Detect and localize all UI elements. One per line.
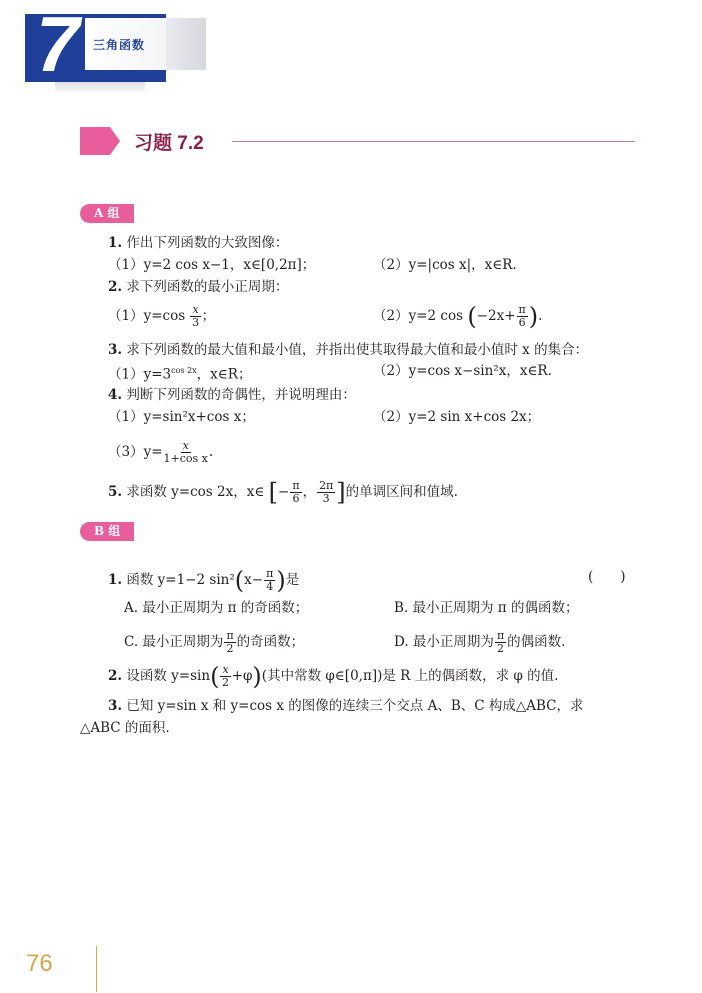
problem-number: 4. xyxy=(108,387,122,403)
item-text: x− xyxy=(244,572,263,588)
answer-blank: ( ) xyxy=(588,568,626,586)
choice-text: 的偶函数. xyxy=(507,634,565,650)
item-text: （3）y= xyxy=(108,444,163,460)
denominator: 4 xyxy=(266,581,273,593)
item-text: . xyxy=(209,444,213,460)
item-text: （1）y=cos xyxy=(108,308,185,324)
problem-text: 已知 y=sin x 和 y=cos x 的图像的连续三个交点 A、B、C 构成… xyxy=(126,698,583,714)
item-text: −2x+ xyxy=(477,308,516,324)
item-text: （2）y=2 cos xyxy=(373,308,463,324)
item-text: − xyxy=(278,484,289,500)
a3-item2: （2）y=cos x−sin²x，x∈R. xyxy=(373,362,552,380)
item-text: +φ xyxy=(232,668,253,684)
a2-item2: （2）y=2 cos (−2x+π6). xyxy=(373,304,542,329)
fraction: x2 xyxy=(220,664,230,689)
denominator: 6 xyxy=(292,493,299,505)
problem-text: 求函数 y=cos 2x，x∈ xyxy=(126,484,264,500)
item-text: . xyxy=(538,308,542,324)
a3-item1: （1）y=3cos 2x，x∈R； xyxy=(108,362,251,384)
chapter-number: 7 xyxy=(36,4,79,84)
fraction: x1+cos x xyxy=(164,440,208,465)
choice-b: B. 最小正周期为 π 的偶函数； xyxy=(394,599,578,617)
denominator: 2 xyxy=(497,643,504,655)
fraction: π6 xyxy=(517,304,528,329)
problem-text: 的单调区间和值域. xyxy=(346,484,458,500)
fraction: π6 xyxy=(290,480,301,505)
problem-text: 是 xyxy=(286,572,300,588)
a1-stem: 1. 作出下列函数的大致图像： xyxy=(108,234,288,252)
a4-item3: （3）y=x1+cos x. xyxy=(108,440,213,465)
choice-c: C. 最小正周期为π2的奇函数； xyxy=(124,630,304,655)
a1-item1: （1）y=2 cos x−1，x∈[0,2π]； xyxy=(108,256,315,274)
a4-item2: （2）y=2 sin x+cos 2x； xyxy=(373,408,540,426)
chapter-title-panel-fade xyxy=(166,18,206,70)
paren: ( xyxy=(467,303,476,331)
problem-number: 1. xyxy=(108,235,122,251)
page-number-divider xyxy=(96,946,97,992)
fraction: 2π3 xyxy=(317,480,335,505)
item-text: （1）y=3 xyxy=(108,367,171,383)
b3-line1: 3. 已知 y=sin x 和 y=cos x 的图像的连续三个交点 A、B、C… xyxy=(108,697,584,715)
choice-text: 的奇函数； xyxy=(237,634,305,650)
denominator: 6 xyxy=(519,317,526,329)
paren: ) xyxy=(252,663,261,691)
b2-stem: 2. 设函数 y=sin(x2+φ)(其中常数 φ∈[0,π])是 R 上的偶函… xyxy=(108,664,558,689)
a4-item1: （1）y=sin²x+cos x； xyxy=(108,408,255,426)
a4-stem: 4. 判断下列函数的奇偶性，并说明理由： xyxy=(108,386,356,404)
fraction: π4 xyxy=(264,568,275,593)
paren: ) xyxy=(276,567,285,595)
denominator: 1+cos x xyxy=(164,453,208,465)
a1-item2: （2）y=|cos x|，x∈R. xyxy=(373,256,517,274)
bracket: [ xyxy=(269,479,278,507)
problem-number: 1. xyxy=(108,572,122,588)
problem-text: 判断下列函数的奇偶性，并说明理由： xyxy=(126,387,356,403)
paren: ) xyxy=(529,303,538,331)
section-arrow-icon xyxy=(80,127,120,155)
fraction: π2 xyxy=(224,630,235,655)
a2-stem: 2. 求下列函数的最小正周期： xyxy=(108,278,288,296)
a3-stem: 3. 求下列函数的最大值和最小值，并指出使其取得最大值和最小值时 x 的集合： xyxy=(108,341,588,359)
paren: ( xyxy=(210,663,219,691)
a2-item1: （1）y=cos x3； xyxy=(108,304,215,329)
problem-number: 5. xyxy=(108,484,122,500)
problem-text: (其中常数 φ∈[0,π])是 R 上的偶函数，求 φ 的值. xyxy=(262,668,559,684)
a5-stem: 5. 求函数 y=cos 2x，x∈ [−π6，2π3]的单调区间和值域. xyxy=(108,480,458,505)
choice-text: C. 最小正周期为 xyxy=(124,634,223,650)
denominator: 2 xyxy=(222,677,229,689)
choice-a: A. 最小正周期为 π 的奇函数； xyxy=(124,599,308,617)
bracket: ] xyxy=(336,479,345,507)
problem-number: 3. xyxy=(108,342,122,358)
fraction: π2 xyxy=(495,630,506,655)
item-text: ； xyxy=(202,308,216,324)
group-a-tag: A 组 xyxy=(80,204,134,223)
denominator: 3 xyxy=(192,317,199,329)
problem-number: 2. xyxy=(108,668,122,684)
denominator: 3 xyxy=(323,493,330,505)
section-divider xyxy=(232,141,635,142)
group-b-tag: B 组 xyxy=(80,522,134,541)
page-number: 76 xyxy=(26,950,53,978)
fraction: x3 xyxy=(190,304,200,329)
b3-line2: △ABC 的面积. xyxy=(80,719,170,737)
exponent: cos 2x xyxy=(171,366,197,375)
denominator: 2 xyxy=(227,643,234,655)
problem-number: 3. xyxy=(108,698,122,714)
problem-text: 求下列函数的最大值和最小值，并指出使其取得最大值和最小值时 x 的集合： xyxy=(126,342,588,358)
b1-stem: 1. 函数 y=1−2 sin²(x−π4)是 xyxy=(108,568,299,593)
paren: ( xyxy=(235,567,244,595)
choice-d: D. 最小正周期为π2的偶函数. xyxy=(394,630,565,655)
problem-text: 作出下列函数的大致图像： xyxy=(126,235,288,251)
chapter-title: 三角函数 xyxy=(93,36,145,53)
section-title: 习题 7.2 xyxy=(134,128,204,155)
problem-text: 函数 y=1−2 sin² xyxy=(126,572,234,588)
problem-number: 2. xyxy=(108,279,122,295)
problem-text: 设函数 y=sin xyxy=(126,668,210,684)
problem-text: 求下列函数的最小正周期： xyxy=(126,279,288,295)
choice-text: D. 最小正周期为 xyxy=(394,634,494,650)
item-text: ， xyxy=(303,484,317,500)
item-text: ，x∈R； xyxy=(197,367,252,383)
